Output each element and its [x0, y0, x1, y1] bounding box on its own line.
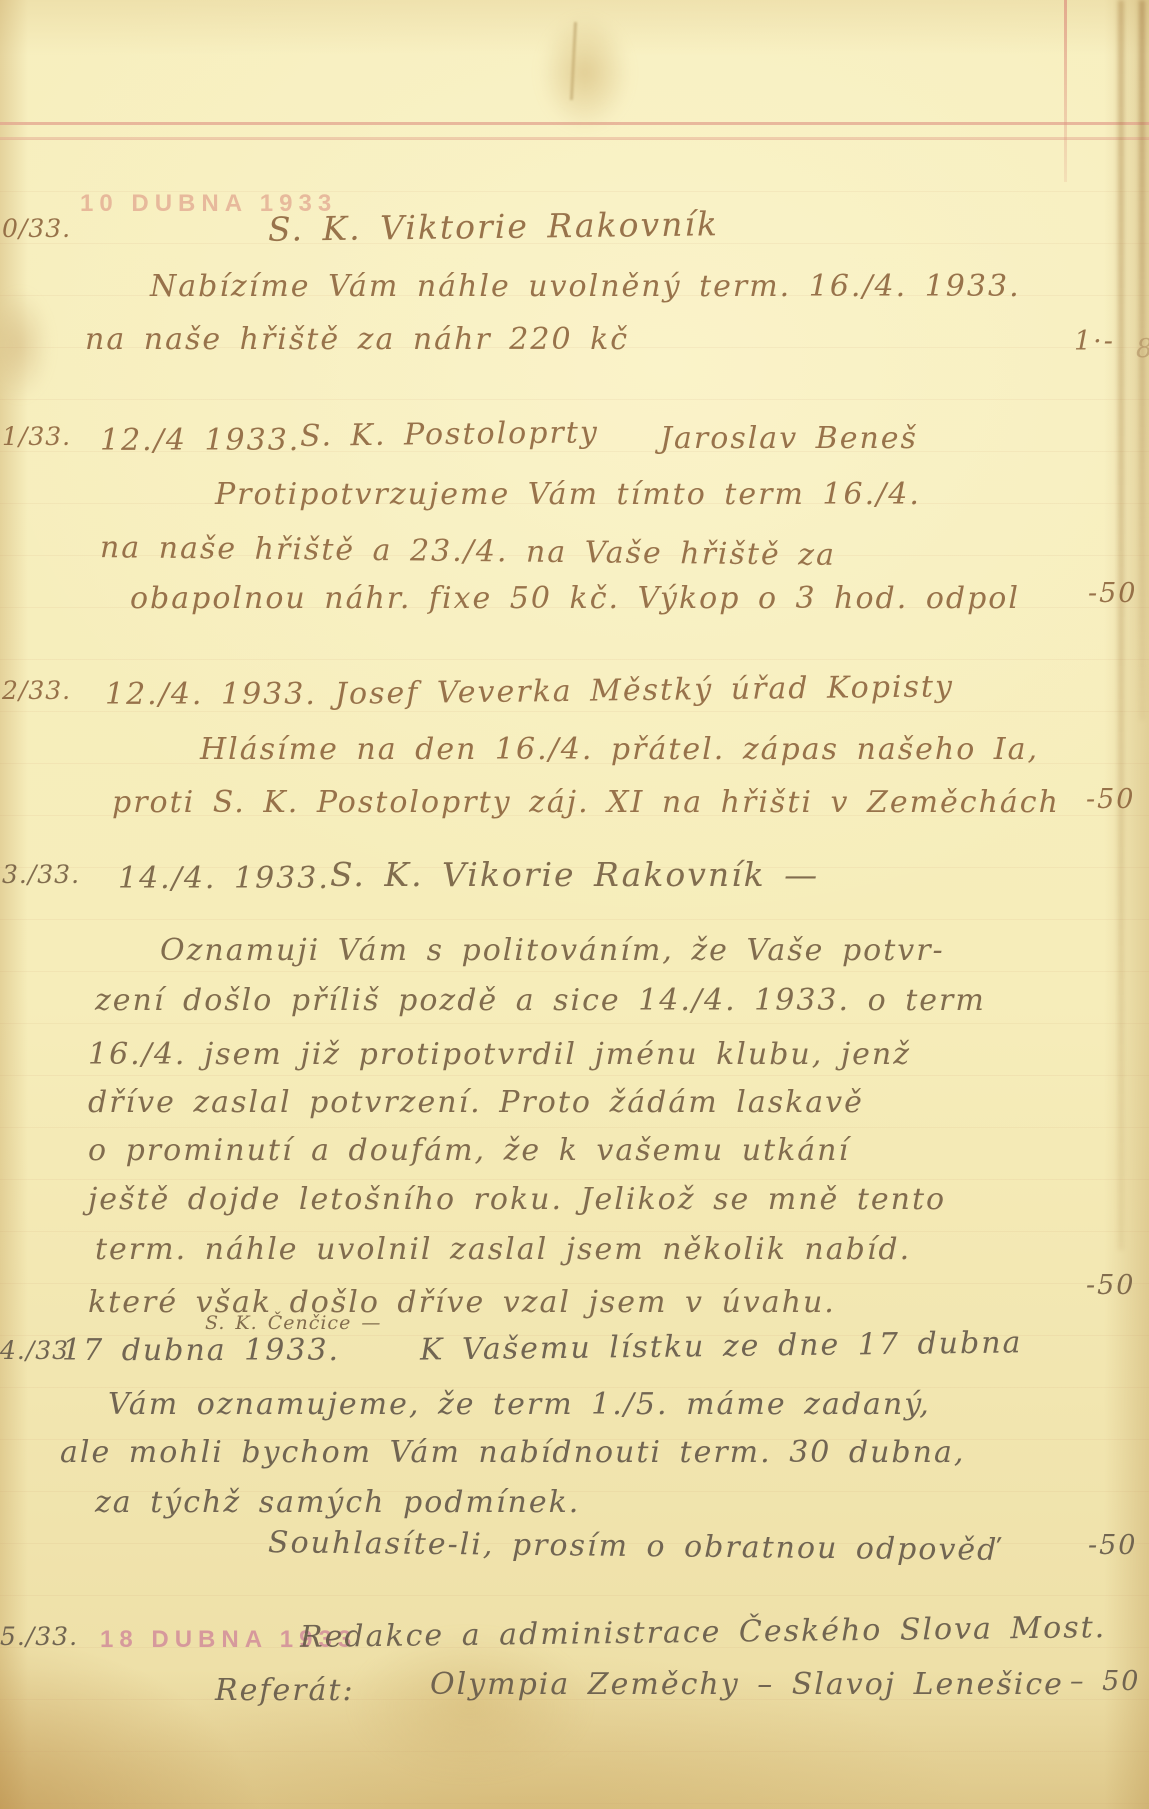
handwritten-line: proti S. K. Postoloprty záj. XI na hřišt… [112, 788, 1060, 818]
amount-value: – 50 [1070, 1668, 1140, 1695]
entry-addressee: Jaroslav Beneš [660, 424, 918, 454]
amount-value: -50 [1088, 580, 1137, 607]
entry-ref: 3./33. [2, 862, 80, 887]
handwritten-line: Oznamuji Vám s politováním, že Vaše potv… [160, 936, 945, 966]
interlinear-note: S. K. Čenčice — [205, 1314, 381, 1333]
handwritten-line: o prominutí a doufám, že k vašemu utkání [88, 1136, 850, 1166]
entry-ref: 2/33. [2, 678, 71, 703]
handwritten-line: obapolnou náhr. fixe 50 kč. Výkop o 3 ho… [130, 584, 1020, 614]
entry-ref: 1/33. [2, 424, 71, 449]
page-edge-shadow [1118, 0, 1124, 1250]
handwritten-line: ještě dojde letošního roku. Jelikož se m… [88, 1185, 946, 1215]
entry-heading: S. K. Postoloprty [300, 418, 599, 452]
handwritten-line: Olympia Zeměchy – Slavoj Lenešice [430, 1670, 1064, 1700]
amount-value: -50 [1088, 1532, 1137, 1559]
handwritten-line: za týchž samých podmínek. [95, 1488, 580, 1518]
entry-ref: 4./33 [0, 1338, 69, 1363]
edge-mark: 8 [1136, 334, 1149, 364]
handwritten-line: Hlásíme na den 16./4. přátel. zápas naše… [200, 735, 1039, 765]
handwritten-line: Protipotvrzujeme Vám tímto term 16./4. [215, 480, 921, 510]
handwritten-line: na naše hřiště za náhr 220 kč [85, 325, 629, 355]
entry-date: 17 dubna 1933. [62, 1336, 340, 1366]
handwritten-line: které však došlo dříve vzal jsem v úvahu… [88, 1288, 836, 1318]
entry-date: 12./4 1933. [100, 426, 300, 456]
handwritten-line: 16./4. jsem již protipotvrdil jménu klub… [88, 1040, 911, 1070]
handwritten-line: Nabízíme Vám náhle uvolněný term. 16./4.… [150, 272, 1021, 302]
handwritten-line: Souhlasíte-li, prosím o obratnou odpověď [268, 1528, 999, 1566]
entry-ref: 0/33. [2, 216, 71, 241]
paper-stain [540, 15, 630, 130]
entry-addressee: Josef Veverka Městký úřad Kopisty [335, 672, 954, 710]
handwritten-line: ale mohli bychom Vám nabídnouti term. 30… [60, 1438, 965, 1468]
handwritten-line: na naše hřiště a 23./4. na Vaše hřiště z… [100, 533, 836, 571]
entry-heading: S. K. Viktorie Rakovník [268, 207, 719, 246]
handwritten-line: term. náhle uvolnil zaslal jsem několik … [95, 1235, 911, 1265]
red-vertical-margin-rule [1064, 0, 1067, 182]
entry-date: 12./4. 1933. [105, 680, 317, 710]
handwritten-line: zení došlo příliš pozdě a sice 14./4. 19… [95, 986, 986, 1016]
amount-value: -50 [1086, 786, 1135, 813]
handwritten-line: dříve zaslal potvrzení. Proto žádám lask… [88, 1088, 864, 1118]
ledger-page: 0/33. 10 DUBNA 1933 S. K. Viktorie Rakov… [0, 0, 1149, 1809]
entry-date: 14./4. 1933. [118, 864, 330, 894]
entry-heading: S. K. Vikorie Rakovník — [330, 858, 819, 891]
entry-heading: K Vašemu lístku ze dne 17 dubna [420, 1328, 1023, 1365]
entry-ref: 5./33. [0, 1624, 78, 1649]
amount-value: 1·- [1074, 328, 1115, 355]
handwritten-line: Referát: [215, 1676, 355, 1706]
handwritten-line: Vám oznamujeme, že term 1./5. máme zadan… [108, 1390, 931, 1420]
amount-value: -50 [1086, 1272, 1135, 1299]
